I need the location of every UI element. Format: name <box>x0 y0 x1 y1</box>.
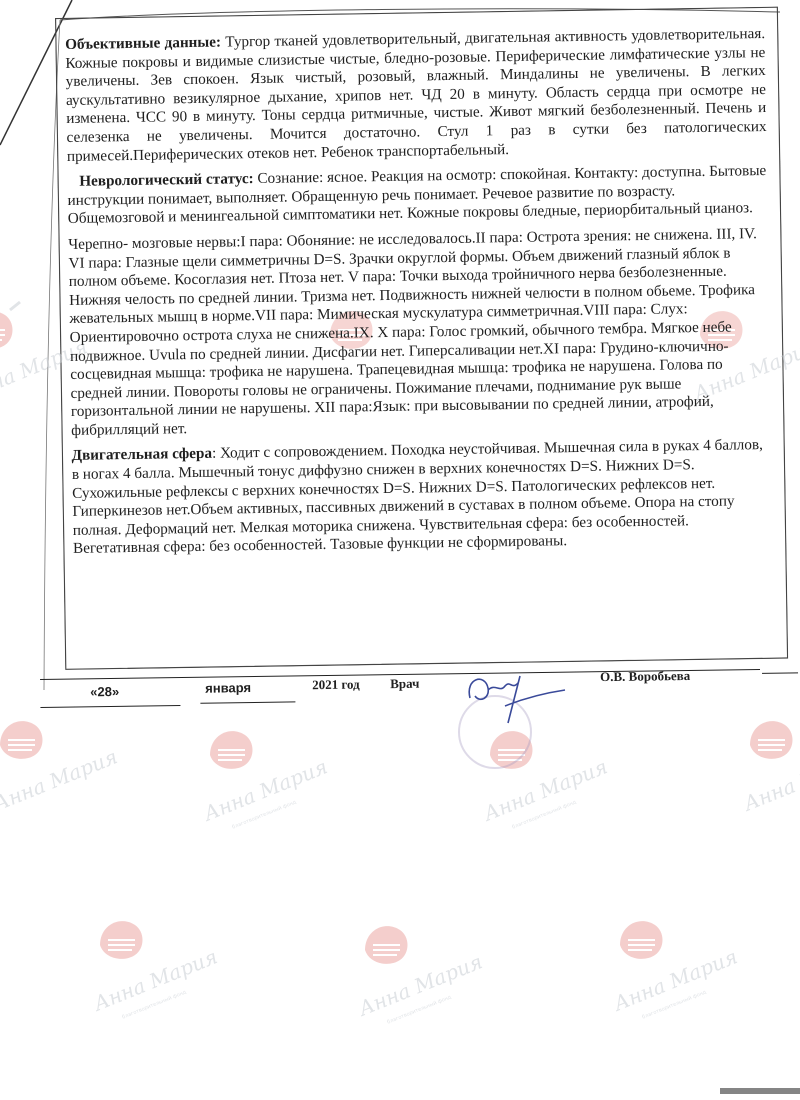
section-neurological-status: Неврологический статус: Сознание: ясное.… <box>67 162 768 229</box>
teapot-logo-icon <box>90 910 160 970</box>
watermark-logo: Анна Мария благотворительный фонд <box>90 910 230 1020</box>
right-rule <box>762 672 798 674</box>
teapot-logo-icon <box>200 720 270 780</box>
day-underline <box>40 705 180 708</box>
scanned-document-page: Анна Мария Анна Мария Анна Мария Анна Ма… <box>0 0 800 1100</box>
date-year: 2021 год <box>312 677 360 694</box>
teapot-logo-icon <box>0 710 60 770</box>
date-day: «28» <box>90 684 119 699</box>
teapot-logo-icon <box>355 915 425 975</box>
document-body: Объективные данные: Тургор тканей удовле… <box>65 25 773 566</box>
doctor-role: Врач <box>390 676 419 692</box>
watermark-logo: Анна Мария <box>0 710 130 820</box>
doctor-name: О.В. Воробьева <box>600 668 690 685</box>
teapot-logo-icon <box>610 910 680 970</box>
watermark-logo: Анна Мария благотворительный фонд <box>355 915 495 1025</box>
watermark-logo: Анна Мария благотворительный фонд <box>200 720 340 830</box>
section-cranial-nerves: Черепно- мозговые нервы:I пара: Обоняние… <box>68 225 771 441</box>
teapot-logo-icon <box>740 710 800 770</box>
section-label: Неврологический статус: <box>79 170 254 190</box>
section-text: Черепно- мозговые нервы:I пара: Обоняние… <box>68 225 757 439</box>
watermark-logo: Анна Мария <box>740 710 800 820</box>
section-objective-data: Объективные данные: Тургор тканей удовле… <box>65 25 767 166</box>
section-motor-sphere: Двигательная сфера: Ходит с сопровождени… <box>71 436 773 559</box>
section-label: Объективные данные: <box>65 34 221 53</box>
scan-edge-mark <box>720 1088 800 1094</box>
month-underline <box>200 701 295 703</box>
watermark-logo: Анна Мария благотворительный фонд <box>610 910 750 1020</box>
date-month: января <box>205 680 251 696</box>
doctor-signature <box>460 668 570 728</box>
section-label: Двигательная сфера <box>71 445 212 464</box>
